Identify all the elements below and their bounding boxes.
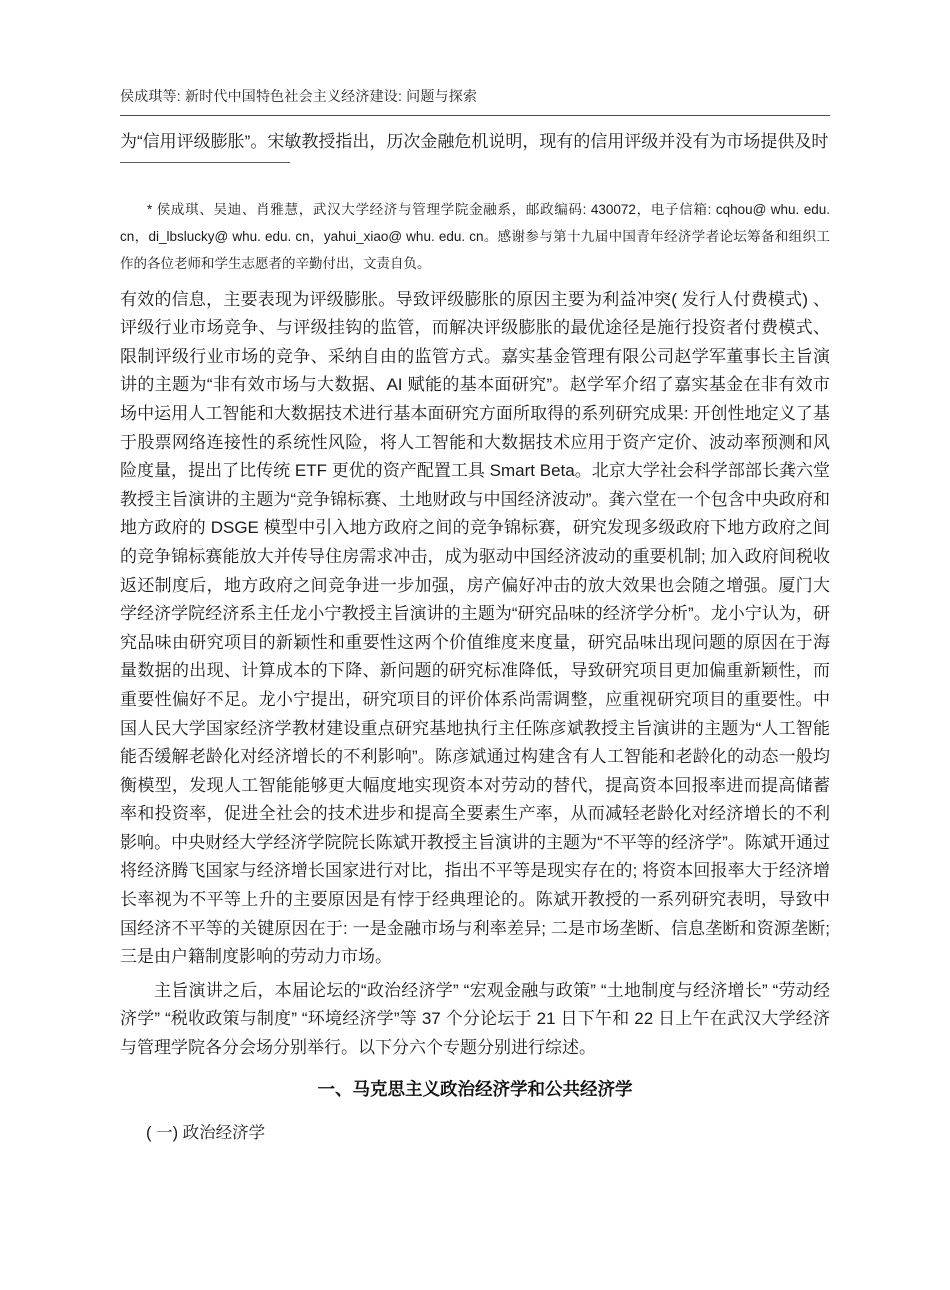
- body-paragraph-keynotes: 有效的信息，主要表现为评级膨胀。导致评级膨胀的原因主要为利益冲突( 发行人付费模…: [120, 286, 830, 972]
- paragraph-continuation-top: 为“信用评级膨胀”。宋敏教授指出，历次金融危机说明，现有的信用评级并没有为市场提…: [120, 128, 830, 157]
- footnote-separator: [120, 162, 290, 163]
- footnote: * 侯成琪、吴迪、肖雅慧，武汉大学经济与管理学院金融系，邮政编码: 430072…: [120, 196, 830, 277]
- section-heading: 一、马克思主义政治经济学和公共经济学: [120, 1076, 830, 1101]
- page-content: 侯成琪等: 新时代中国特色社会主义经济建设: 问题与探索 为“信用评级膨胀”。宋…: [120, 0, 830, 1159]
- header-rule: [120, 115, 830, 116]
- subsection-heading: ( 一) 政治经济学: [146, 1119, 830, 1143]
- running-header: 侯成琪等: 新时代中国特色社会主义经济建设: 问题与探索: [120, 86, 830, 106]
- document-page: 侯成琪等: 新时代中国特色社会主义经济建设: 问题与探索 为“信用评级膨胀”。宋…: [0, 0, 950, 1290]
- body-paragraph-overview: 主旨演讲之后，本届论坛的“政治经济学” “宏观金融与政策” “土地制度与经济增长…: [120, 977, 830, 1063]
